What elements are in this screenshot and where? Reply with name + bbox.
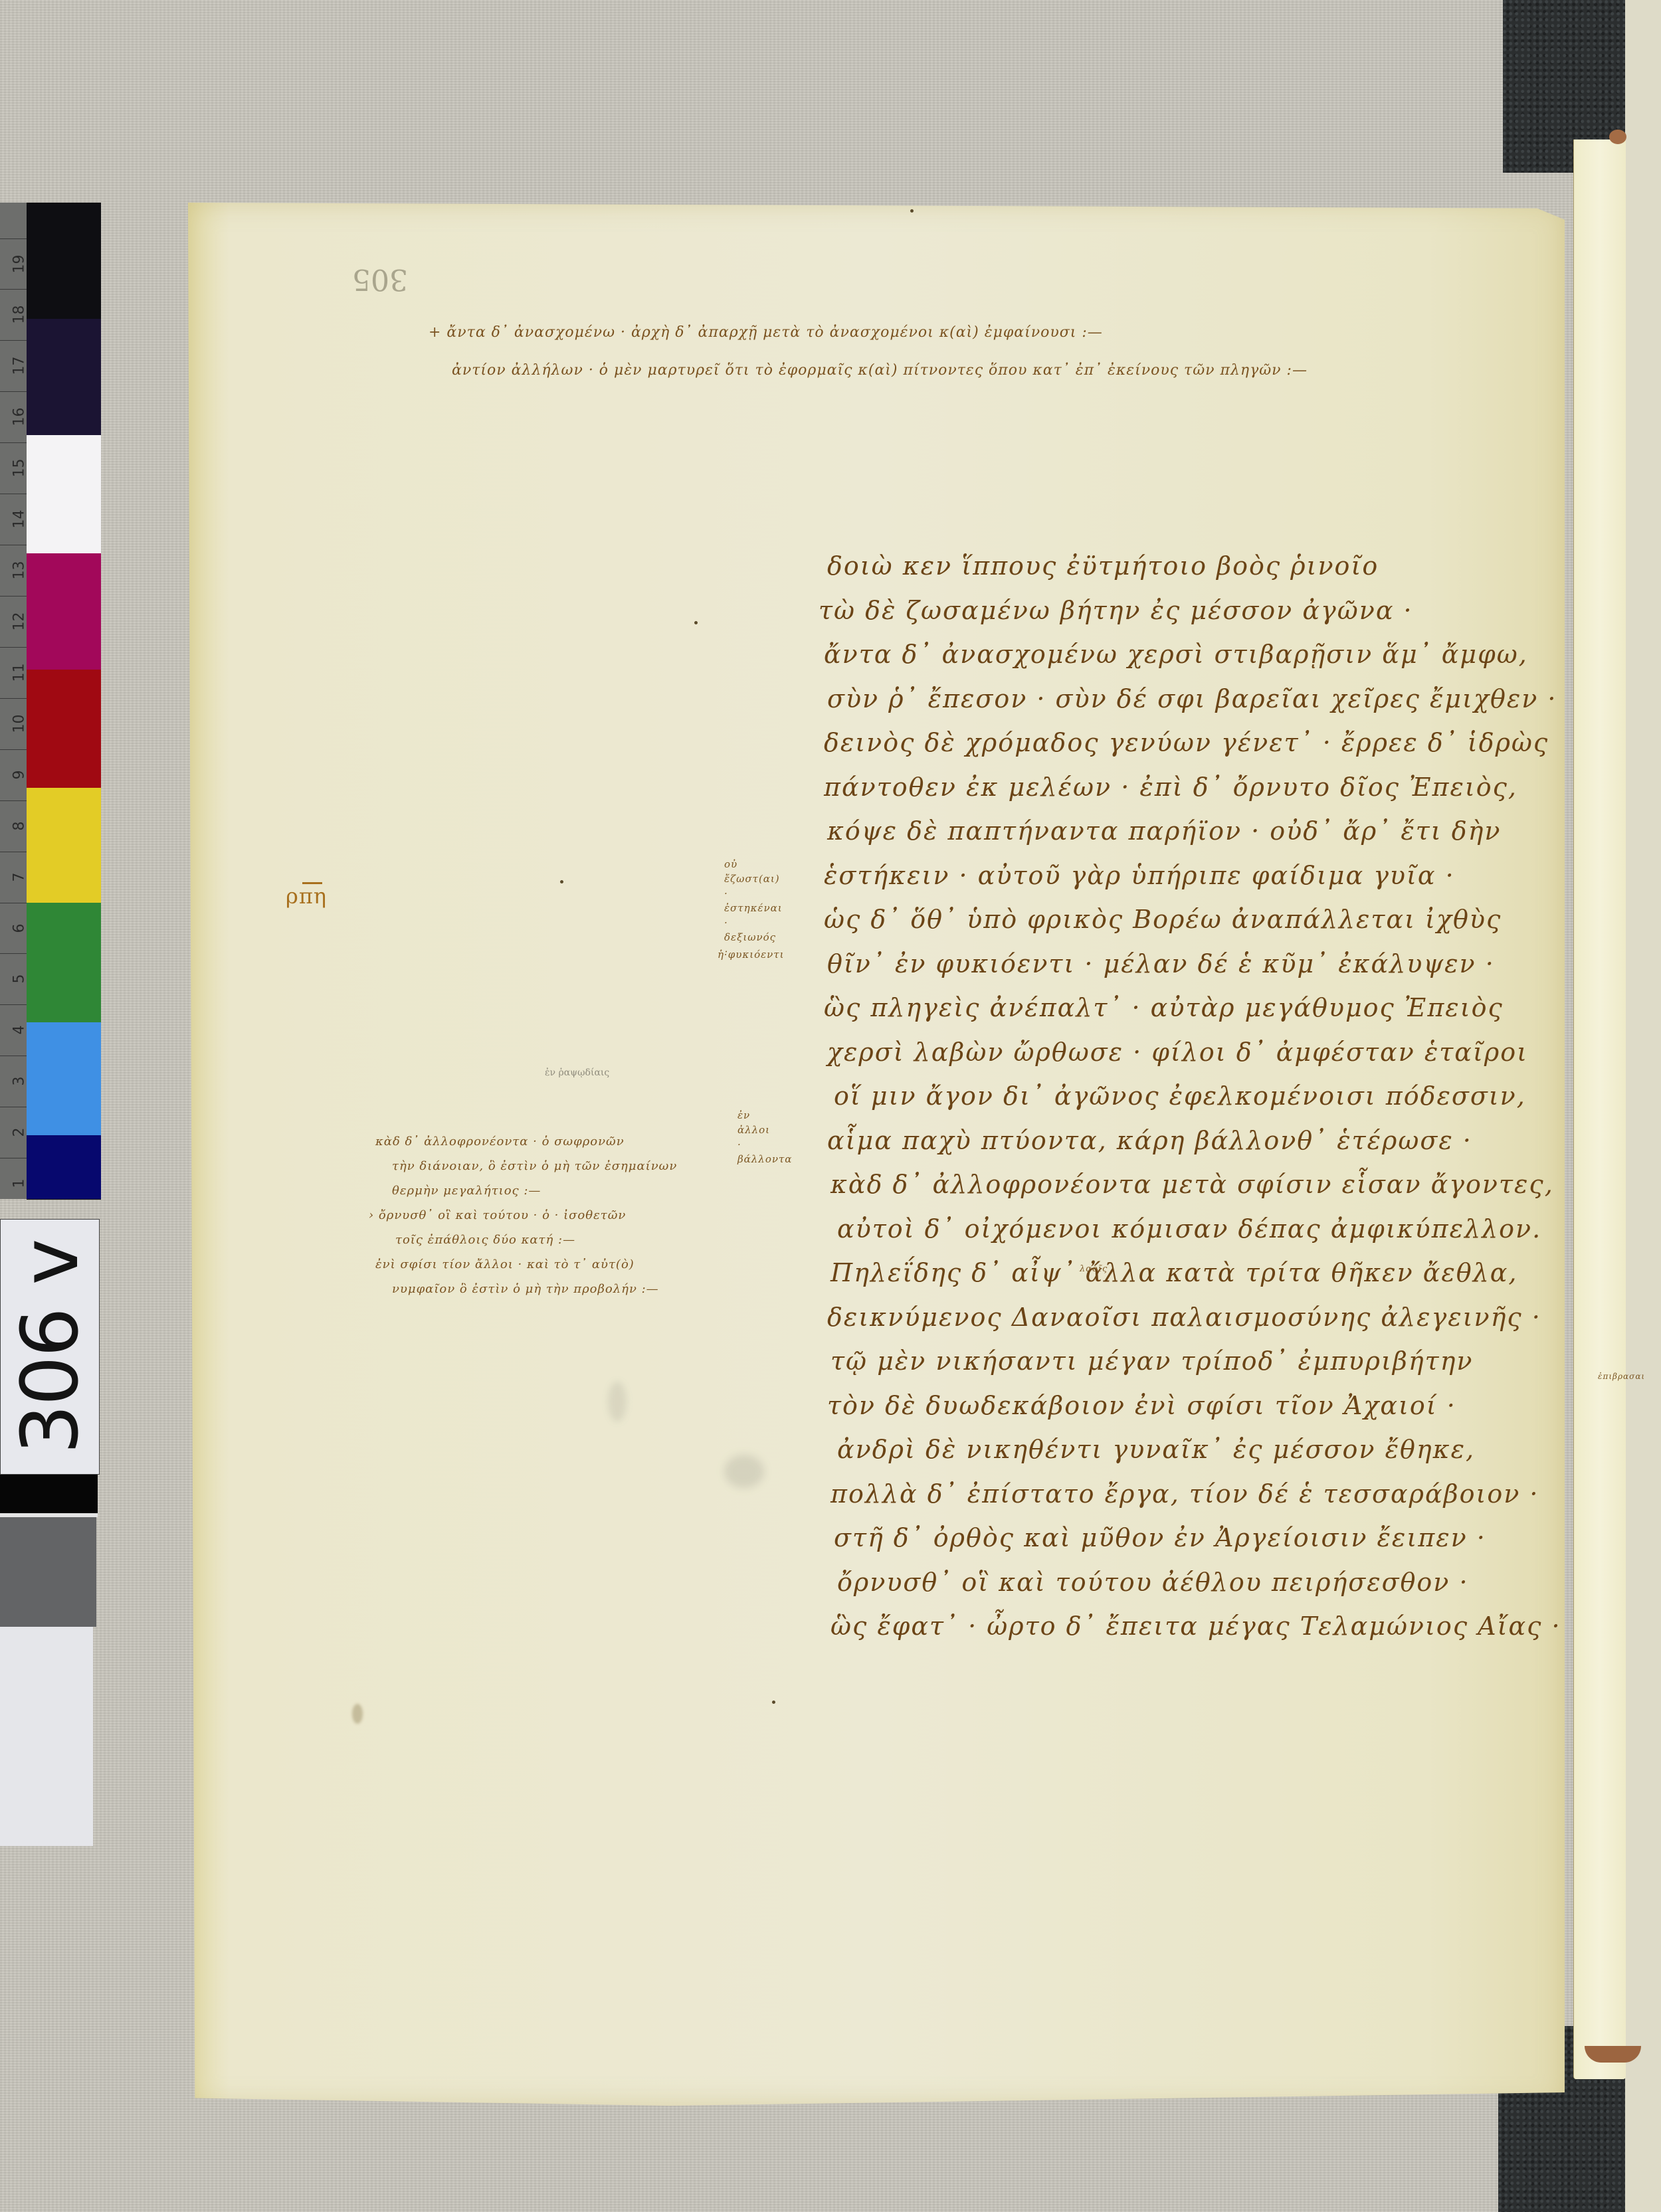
color-calibration-chart: 12345678910111213141516171819	[0, 203, 101, 1199]
grey-scale-white-patch	[0, 1627, 93, 1846]
stain	[352, 1704, 363, 1724]
ruler-number: 6	[11, 918, 28, 938]
margin-note-2: ἡ φυκιόεντι	[718, 949, 784, 961]
ruler-tick	[0, 494, 27, 494]
ruler-number: 9	[11, 765, 28, 784]
blemish-dot	[910, 209, 914, 213]
centimeter-ruler: 12345678910111213141516171819	[0, 203, 27, 1199]
ruler-tick	[0, 1004, 27, 1005]
ruler-tick	[0, 953, 27, 954]
section-number-overline	[302, 882, 322, 884]
binding-clasp-top	[1609, 130, 1626, 144]
top-scholion-line-2: ἀντίον ἀλλήλων · ὁ μὲν μαρτυρεῖ ὅτι τὸ ἐ…	[452, 362, 1308, 379]
stain	[724, 1455, 764, 1488]
main-text-line: θῖν᾿ ἐν φυκιόεντι · μέλαν δέ ἑ κῦμ᾿ ἐκάλ…	[827, 949, 1495, 978]
main-text-line: ὣς πληγεὶς ἀνέπαλτ᾿ · αὐτὰρ μεγάθυμος Ἐπ…	[824, 993, 1504, 1022]
main-text-line: ἑστήκειν · αὐτοῦ γὰρ ὑπήριπε φαίδιμα γυῖ…	[824, 861, 1455, 890]
ruler-tick	[0, 800, 27, 801]
right-edge-note: ἐπιβρασαι	[1598, 1372, 1645, 1381]
main-text-line: πολλὰ δ᾿ ἐπίστατο ἔργα, τίον δέ ἑ τεσσαρ…	[830, 1479, 1539, 1509]
stain	[608, 1382, 627, 1422]
left-scholion-line: › ὄρνυσθ᾿ οἳ καὶ τούτου · ὁ · ἰσοθετῶν	[369, 1208, 626, 1222]
color-swatch-white	[27, 435, 101, 554]
main-text-line: κόψε δὲ παπτήναντα παρήϊον · οὐδ᾿ ἄρ᾿ ἔτ…	[827, 816, 1501, 846]
ruler-number: 15	[11, 458, 28, 478]
ruler-number: 12	[11, 612, 28, 632]
left-scholion-line: τοῖς ἐπάθλοις δύο κατή :—	[395, 1233, 575, 1247]
main-text-line: σὺν ῥ᾿ ἔπεσον · σὺν δέ σφι βαρεῖαι χεῖρε…	[827, 684, 1557, 713]
main-text-line: δεινὸς δὲ χρόμαδος γενύων γένετ᾿ · ἔρρεε…	[824, 728, 1549, 757]
book-edge-back	[1625, 0, 1661, 2212]
ruler-number: 16	[11, 407, 28, 427]
ruler-tick	[0, 1158, 27, 1158]
blemish-dot	[694, 621, 698, 624]
main-text-line: ὡς δ᾿ ὅθ᾿ ὑπὸ φρικὸς Βορέω ἀναπάλλεται ἰ…	[824, 905, 1502, 934]
main-text-line: αἷμα παχὺ πτύοντα, κάρη βάλλονθ᾿ ἑτέρωσε…	[827, 1126, 1472, 1155]
left-scholion-line: ἐνὶ σφίσι τίον ἄλλοι · καὶ τὸ τ᾿ αὐτ(ὸ)	[375, 1257, 635, 1271]
ruler-number: 10	[11, 713, 28, 733]
ruler-tick	[0, 238, 27, 239]
main-text-line: ἀνδρὶ δὲ νικηθέντι γυναῖκ᾿ ἐς μέσσον ἔθη…	[837, 1435, 1475, 1464]
folio-label-card: 306 v	[0, 1219, 100, 1475]
color-swatch-cyan-blue	[27, 1022, 101, 1136]
main-text-line: ὄρνυσθ᾿ οἳ καὶ τούτου ἀέθλου πειρήσεσθον…	[837, 1568, 1469, 1597]
folio-label-text: 306 v	[4, 1240, 96, 1454]
color-swatch-navy	[27, 1135, 101, 1200]
main-text-line: τὸν δὲ δυωδεκάβοιον ἐνὶ σφίσι τῖον Ἀχαιο…	[827, 1391, 1456, 1420]
grey-scale-black-patch	[0, 1475, 98, 1513]
main-text-line: κὰδ δ᾿ ἀλλοφρονέοντα μετὰ σφίσιν εἷσαν ἄ…	[830, 1170, 1554, 1199]
color-swatch-red	[27, 670, 101, 788]
top-scholion-line-1: + ἄντα δ᾿ ἀνασχομένω · ἀρχὴ δ᾿ ἀπαρχῇ με…	[429, 324, 1103, 341]
interlinear-gloss: λαοῖς	[1080, 1264, 1108, 1274]
ruler-number: 18	[11, 305, 28, 325]
ruler-tick	[0, 1056, 27, 1056]
ruler-tick	[0, 340, 27, 341]
color-swatch-black	[27, 203, 101, 320]
main-text-line: ὣς ἔφατ᾿ · ὦρτο δ᾿ ἔπειτα μέγας Τελαμώνι…	[830, 1612, 1561, 1641]
main-text-line: οἵ μιν ἄγον δι᾿ ἀγῶνος ἐφελκομένοισι πόδ…	[834, 1081, 1526, 1111]
ruler-tick	[0, 289, 27, 290]
main-text-line: στῆ δ᾿ ὀρθὸς καὶ μῦθον ἐν Ἀργείοισιν ἔει…	[834, 1523, 1486, 1552]
main-text-line: δοιὼ κεν ἵππους ἐϋτμήτοιο βοὸς ῥινοῖο	[827, 551, 1379, 581]
main-text-line: τὼ δὲ ζωσαμένω βήτην ἐς μέσσον ἀγῶνα ·	[819, 596, 1413, 625]
ruler-number: 1	[11, 1174, 28, 1194]
ruler-tick	[0, 749, 27, 750]
main-text-line: δεικνύμενος Δαναοῖσι παλαισμοσύνης ἀλεγε…	[827, 1303, 1541, 1332]
ruler-number: 5	[11, 969, 28, 989]
margin-note-1: οὐ ἔζωστ(αι) · ἐστηκέναι · δεξιωνός :	[724, 857, 777, 959]
color-swatch-dark-violet	[27, 319, 101, 436]
ruler-number: 13	[11, 561, 28, 581]
ruler-tick	[0, 647, 27, 648]
ruler-number: 14	[11, 509, 28, 529]
main-text-line: ἄντα δ᾿ ἀνασχομένω χερσὶ στιβαρῇσιν ἅμ᾿ …	[824, 640, 1528, 669]
binding-clasp-bottom	[1585, 2046, 1641, 2063]
main-text-line: τῷ μὲν νικήσαντι μέγαν τρίποδ᾿ ἐμπυριβήτ…	[830, 1346, 1473, 1376]
adjacent-leaf	[1573, 139, 1626, 2079]
ruler-tick	[0, 698, 27, 699]
ruler-tick	[0, 1107, 27, 1107]
ruler-number: 7	[11, 867, 28, 887]
ruler-number: 17	[11, 356, 28, 376]
blemish-dot	[560, 880, 563, 883]
left-scholion-line: θερμὴν μεγαλήτιος :—	[392, 1184, 541, 1198]
color-swatch-yellow	[27, 788, 101, 903]
color-swatch-green	[27, 903, 101, 1023]
margin-note-3: ἐν ἀλλοι · βάλλοντα	[737, 1108, 777, 1166]
main-text-line: πάντοθεν ἐκ μελέων · ἐπὶ δ᾿ ὄρνυτο δῖος …	[824, 773, 1517, 802]
ruler-number: 11	[11, 662, 28, 682]
ruler-number: 19	[11, 254, 28, 274]
main-text-line: Πηλεΐδης δ᾿ αἶψ᾿ ἄλλα κατὰ τρίτα θῆκεν ἄ…	[830, 1258, 1518, 1287]
section-number: ρπη	[286, 883, 327, 909]
ruler-tick	[0, 545, 27, 545]
ruler-tick	[0, 596, 27, 597]
main-text-line: χερσὶ λαβὼν ὤρθωσε · φίλοι δ᾿ ἀμφέσταν ἑ…	[827, 1038, 1528, 1067]
ruler-tick	[0, 903, 27, 903]
main-text-line: αὐτοὶ δ᾿ οἰχόμενοι κόμισαν δέπας ἀμφικύπ…	[837, 1214, 1541, 1244]
old-folio-number: 305	[352, 262, 408, 296]
left-scholion-line: τὴν διάνοιαν, ὃ ἐστὶν ὁ μὴ τῶν ἐσημαίνων	[392, 1159, 677, 1173]
ruler-number: 4	[11, 1020, 28, 1040]
color-swatch-magenta	[27, 553, 101, 670]
ruler-tick	[0, 852, 27, 852]
blemish-dot	[772, 1701, 775, 1704]
left-scholion-line: κὰδ δ᾿ ἀλλοφρονέοντα · ὁ σωφρονῶν	[375, 1135, 625, 1149]
ruler-number: 8	[11, 816, 28, 836]
ruler-number: 2	[11, 1123, 28, 1143]
grey-scale-grey-patch	[0, 1517, 96, 1627]
ruler-tick	[0, 442, 27, 443]
ruler-tick	[0, 391, 27, 392]
faint-erased-note: ἐν ῥαψῳδίαις	[545, 1067, 609, 1078]
ruler-number: 3	[11, 1071, 28, 1091]
left-scholion-line: νυμφαῖον ὃ ἐστὶν ὁ μὴ τὴν προβολήν :—	[392, 1282, 659, 1296]
